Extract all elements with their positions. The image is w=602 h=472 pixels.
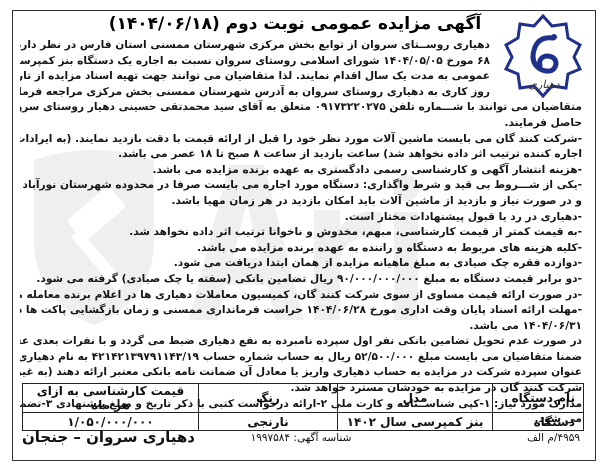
condition-line: -در صورت ارائه قیمت مساوی از سوی شرکت کن… <box>20 288 582 304</box>
notice-footer: ۴۹۵۹/م الف شناسه آگهی: ۱۹۹۷۵۸۴ دهیاری سر… <box>22 428 580 452</box>
intro-line: روز کاری به دهیاری روستای سروان به آدرس … <box>20 85 490 101</box>
equipment-table: نام دستگاه مدل رنگ قیمت کارشناسی به ازای… <box>22 383 584 431</box>
condition-line: -دوازده فقره چک صیادی به مبلغ ماهیانه مز… <box>20 256 582 272</box>
header-model: مدل <box>338 384 493 413</box>
condition-line: عنوان سپرده شرکت در مزایده به حساب دهیار… <box>20 365 582 381</box>
condition-line: -یکی از شـــروط بی قید و شرط واگذاری: دس… <box>20 178 582 194</box>
ad-id: شناسه آگهی: ۱۹۹۷۵۸۴ <box>251 432 352 444</box>
condition-line: -مهلت ارائه اسناد پایان وقت اداری مورخ ۱… <box>20 303 582 319</box>
notice-body: دهیاری روســتای سروان از توابع بخش مرکزی… <box>20 38 582 428</box>
condition-line: ضمنا متقاضیان می بایست مبلغ ۵۲/۵۰۰/۰۰۰ ر… <box>20 350 582 366</box>
condition-line: -هزینه انتشار آگهی و کارشناسی رسمی دادگس… <box>20 163 582 179</box>
header-device-name: نام دستگاه <box>493 384 584 413</box>
condition-line: در صورت عدم تحویل تضامین بانکی نفر اول س… <box>20 334 582 350</box>
intro-line: عمومی به مدت یک سال اقدام نمایند. لذا مت… <box>20 69 490 85</box>
organization-name: دهیاری سروان – جنجان <box>22 428 195 446</box>
condition-line: -دهیاری در رد یا قبول پیشنهادات مختار اس… <box>20 210 582 226</box>
condition-line: اجاره کننده ترتیب اثر داده نخواهد شد) سا… <box>20 147 582 163</box>
condition-line: -کلیه هزینه های مربوط به دستگاه و راننده… <box>20 241 582 257</box>
intro-line: متقاضیان می توانند با شـــماره تلفن ۰۹۱۷… <box>20 100 582 116</box>
intro-line: ۶۸ مورخ ۱۴۰۴/۰۵/۰۵ شورای اسلامی روستای س… <box>20 54 490 70</box>
intro-line: حاصل فرمایند. <box>20 116 582 132</box>
intro-line: دهیاری روســتای سروان از توابع بخش مرکزی… <box>20 38 490 54</box>
condition-line: ۱۴۰۴/۰۶/۳۱ می باشد. <box>20 319 582 335</box>
intro-paragraph: دهیاری روســتای سروان از توابع بخش مرکزی… <box>20 38 582 100</box>
condition-line: و در صورت نیاز و بازدید از ماشین آلات با… <box>20 194 582 210</box>
condition-line: -به قیمت کمتر از قیمت کارشناسی، مبهم، مخ… <box>20 225 582 241</box>
reference-number: ۴۹۵۹/م الف <box>527 432 580 444</box>
condition-line: -شرکت کنند گان می بایست ماشین آلات مورد … <box>20 132 582 148</box>
table-header-row: نام دستگاه مدل رنگ قیمت کارشناسی به ازای… <box>23 384 584 413</box>
notice-title: آگهی مزایده عمومی نوبت دوم (۱۴۰۴/۰۶/۱۸) <box>100 14 490 34</box>
condition-line: -دو برابر قیمت دستگاه به مبلغ ۹۰/۰۰۰/۰۰۰… <box>20 272 582 288</box>
header-monthly-price: قیمت کارشناسی به ازای هر ماه <box>23 384 199 413</box>
header-color: رنگ <box>199 384 338 413</box>
